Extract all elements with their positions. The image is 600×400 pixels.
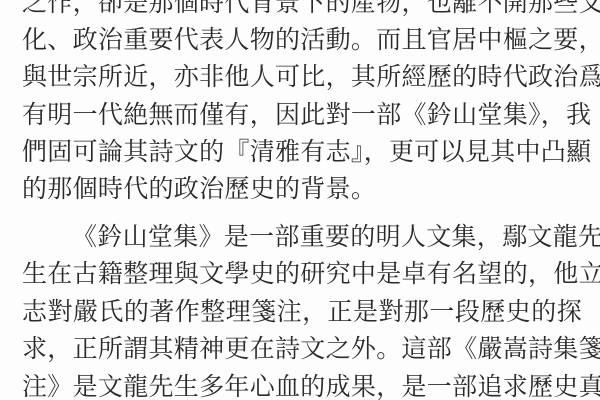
text-line: 注》是文龍先生多年心血的成果，是一部追求歷史真: [22, 372, 582, 400]
text-line: 化、政治重要代表人物的活動。而且官居中樞之要，: [22, 25, 582, 55]
text-line: 求，正所謂其精神更在詩文之外。這部《嚴嵩詩集箋: [22, 334, 582, 364]
text-line: 的那個時代的政治歷史的背景。: [22, 174, 582, 204]
text-line: 《鈐山堂集》是一部重要的明人文集，鄢文龍先: [72, 222, 582, 252]
text-line: 志對嚴氏的著作整理箋注，正是對那一段歷史的探: [22, 297, 582, 327]
text-line: 之作，卻是那個時代背景下的產物，也離不開那些文: [22, 0, 582, 18]
text-line: 生在古籍整理與文學史的研究中是卓有名望的，他立: [22, 259, 582, 289]
text-line: 們固可論其詩文的『清雅有志』，更可以見其中凸顯: [22, 137, 582, 167]
text-line: 與世宗所近，亦非他人可比，其所經歷的時代政治爲: [22, 62, 582, 92]
document-page: 之作，卻是那個時代背景下的產物，也離不開那些文 化、政治重要代表人物的活動。而且…: [0, 0, 600, 400]
text-line: 有明一代絶無而僅有，因此對一部《鈐山堂集》，我: [22, 100, 582, 130]
